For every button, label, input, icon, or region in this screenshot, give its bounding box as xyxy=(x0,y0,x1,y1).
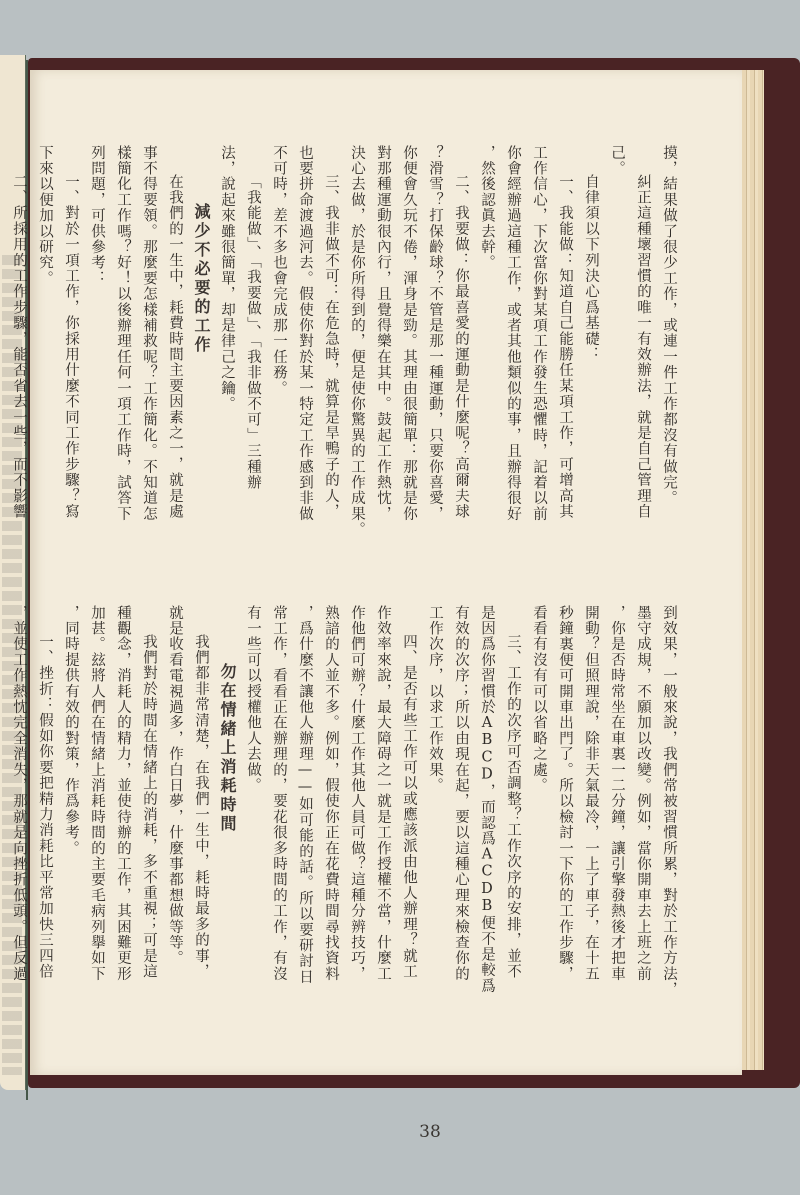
text-column: ，並使工作熱忱完全消失，那就是向挫折低頭。但反過 xyxy=(6,605,32,1055)
text-column: 有一些可以授權他人去做。 xyxy=(240,605,266,1055)
text-column: 有效的次序；所以由現在起，要以這種心理來檢查你的 xyxy=(448,605,474,1055)
lower-text-block: 到效果，一般來說，我們常被習慣所累，對於工作方法，墨守成規，不願加以改變。例如，… xyxy=(6,605,682,1055)
text-column: 常工作，看看正在辦理的，要花很多時間的工作，有沒 xyxy=(266,605,292,1055)
text-column: 事不得要領。那麼要怎樣補救呢？工作簡化。不知道怎 xyxy=(136,145,162,595)
text-column: 你便會久玩不倦，渾身是勁。其理由很簡單：那就是你 xyxy=(396,145,422,595)
text-column: 你會經辦過這種工作，或者其他類似的事，且辦得很好 xyxy=(500,145,526,595)
text-column: 加甚。玆將人們在情緒上消耗時間的主要毛病列擧如下 xyxy=(84,605,110,1055)
text-column: 工作信心，下次當你對某項工作發生恐懼時，記着以前 xyxy=(526,145,552,595)
page-number: 38 xyxy=(410,1122,450,1142)
text-column: 樣簡化工作嗎？好！以後辦理任何一項工作時，試答下 xyxy=(110,145,136,595)
text-column: 也要拼命渡過河去。假使你對於某一特定工作感到非做 xyxy=(292,145,318,595)
text-column: 摸，結果做了很少工作，或連一件工作都沒有做完。 xyxy=(656,145,682,595)
text-column: ，同時提供有效的對策，作爲參考。 xyxy=(58,605,84,1055)
text-column: 作效率來說，最大障碍之一就是工作授權不當，什麼工 xyxy=(370,605,396,1055)
text-column: 四、是否有些工作可以或應該派由他人辦理？就工 xyxy=(396,605,422,1055)
page-fore-edge xyxy=(742,70,764,1070)
text-column: ，爲什麼不讓他人辦理——如可能的話。所以要研討日 xyxy=(292,605,318,1055)
text-column: 一、我能做：知道自己能勝任某項工作，可增高其 xyxy=(552,145,578,595)
text-column: ？滑雪？打保齡球？不管是那一種運動，只要你喜愛， xyxy=(422,145,448,595)
book-page: 摸，結果做了很少工作，或連一件工作都沒有做完。糾正這種壞習慣的唯一有效辦法，就是… xyxy=(30,70,742,1075)
text-column: 秒鐘裏便可開車出門了。所以檢討一下你的工作步驟， xyxy=(552,605,578,1055)
text-column: 作他們可辦？什麼工作其他人員可做？這種分辨技巧， xyxy=(344,605,370,1055)
text-column: 自律須以下列決心爲基礎： xyxy=(578,145,604,595)
text-column: 一、挫折：假如你要把精力消耗比平常加快三四倍 xyxy=(32,605,58,1055)
text-column: 「我能做」、「我要做」、「我非做不可」三種辦 xyxy=(240,145,266,595)
text-column: 糾正這種壞習慣的唯一有效辦法，就是自己管理自 xyxy=(630,145,656,595)
text-column: 工作次序，以求工作效果。 xyxy=(422,605,448,1055)
text-column: 熟諳的人並不多。例如，假使你正在花費時間尋找資料 xyxy=(318,605,344,1055)
text-column: 一、對於一項工作，你採用什麼不同工作步驟？寫 xyxy=(58,145,84,595)
section-heading: 減少不必要的工作 xyxy=(188,145,214,595)
text-column: 在我們的一生中，耗費時間主要因素之一，就是處 xyxy=(162,145,188,595)
text-column: 二、所採用的工作步驟，能否省去一些，而不影響 xyxy=(6,145,32,595)
text-column: 不可時，差不多也會完成那一任務。 xyxy=(266,145,292,595)
text-column: 下來以便加以研究。 xyxy=(32,145,58,595)
text-column: 開動？但照理說，除非天氣最冷，一上了車子，在十五 xyxy=(578,605,604,1055)
text-column: 三、我非做不可：在危急時，就算是旱鴨子的人， xyxy=(318,145,344,595)
text-column: 看看有沒有可以省略之處。 xyxy=(526,605,552,1055)
text-column: 列問題，可供參考： xyxy=(84,145,110,595)
text-column: 種觀念，消耗人的精力，並使待辦的工作，其困難更形 xyxy=(110,605,136,1055)
text-column: 己。 xyxy=(604,145,630,595)
text-column: 三、工作的次序可否調整？工作次序的安排，並不 xyxy=(500,605,526,1055)
text-column: ，你是否時常坐在車裏一二分鐘，讓引擎發熱後才把車 xyxy=(604,605,630,1055)
text-column: 到效果，一般來說，我們常被習慣所累，對於工作方法， xyxy=(656,605,682,1055)
text-column: 二、我要做：你最喜愛的運動是什麼呢？高爾夫球 xyxy=(448,145,474,595)
text-column: 是因爲你習慣於ABCD，而認爲ACDB便不是較爲 xyxy=(474,605,500,1055)
section-heading: 勿在情緒上消耗時間 xyxy=(214,605,240,1055)
text-column: 我們對於時間在情緒上的消耗，多不重視；可是這 xyxy=(136,605,162,1055)
text-column: 墨守成規，不願加以改變。例如，當你開車去上班之前 xyxy=(630,605,656,1055)
text-column: 就是收看電視過多，作白日夢，什麼事都想做等等。 xyxy=(162,605,188,1055)
text-column: 對那種運動很內行，且覺得樂在其中。鼓起工作熱忱， xyxy=(370,145,396,595)
text-column: 決心去做，於是你所得到的，便是使你驚異的工作成果。 xyxy=(344,145,370,595)
text-column: 我們都非常清楚，在我們一生中，耗時最多的事， xyxy=(188,605,214,1055)
text-column: ，然後認眞去幹。 xyxy=(474,145,500,595)
upper-text-block: 摸，結果做了很少工作，或連一件工作都沒有做完。糾正這種壞習慣的唯一有效辦法，就是… xyxy=(6,145,682,595)
text-column: 法，說起來雖很簡單，却是律己之鑰。 xyxy=(214,145,240,595)
